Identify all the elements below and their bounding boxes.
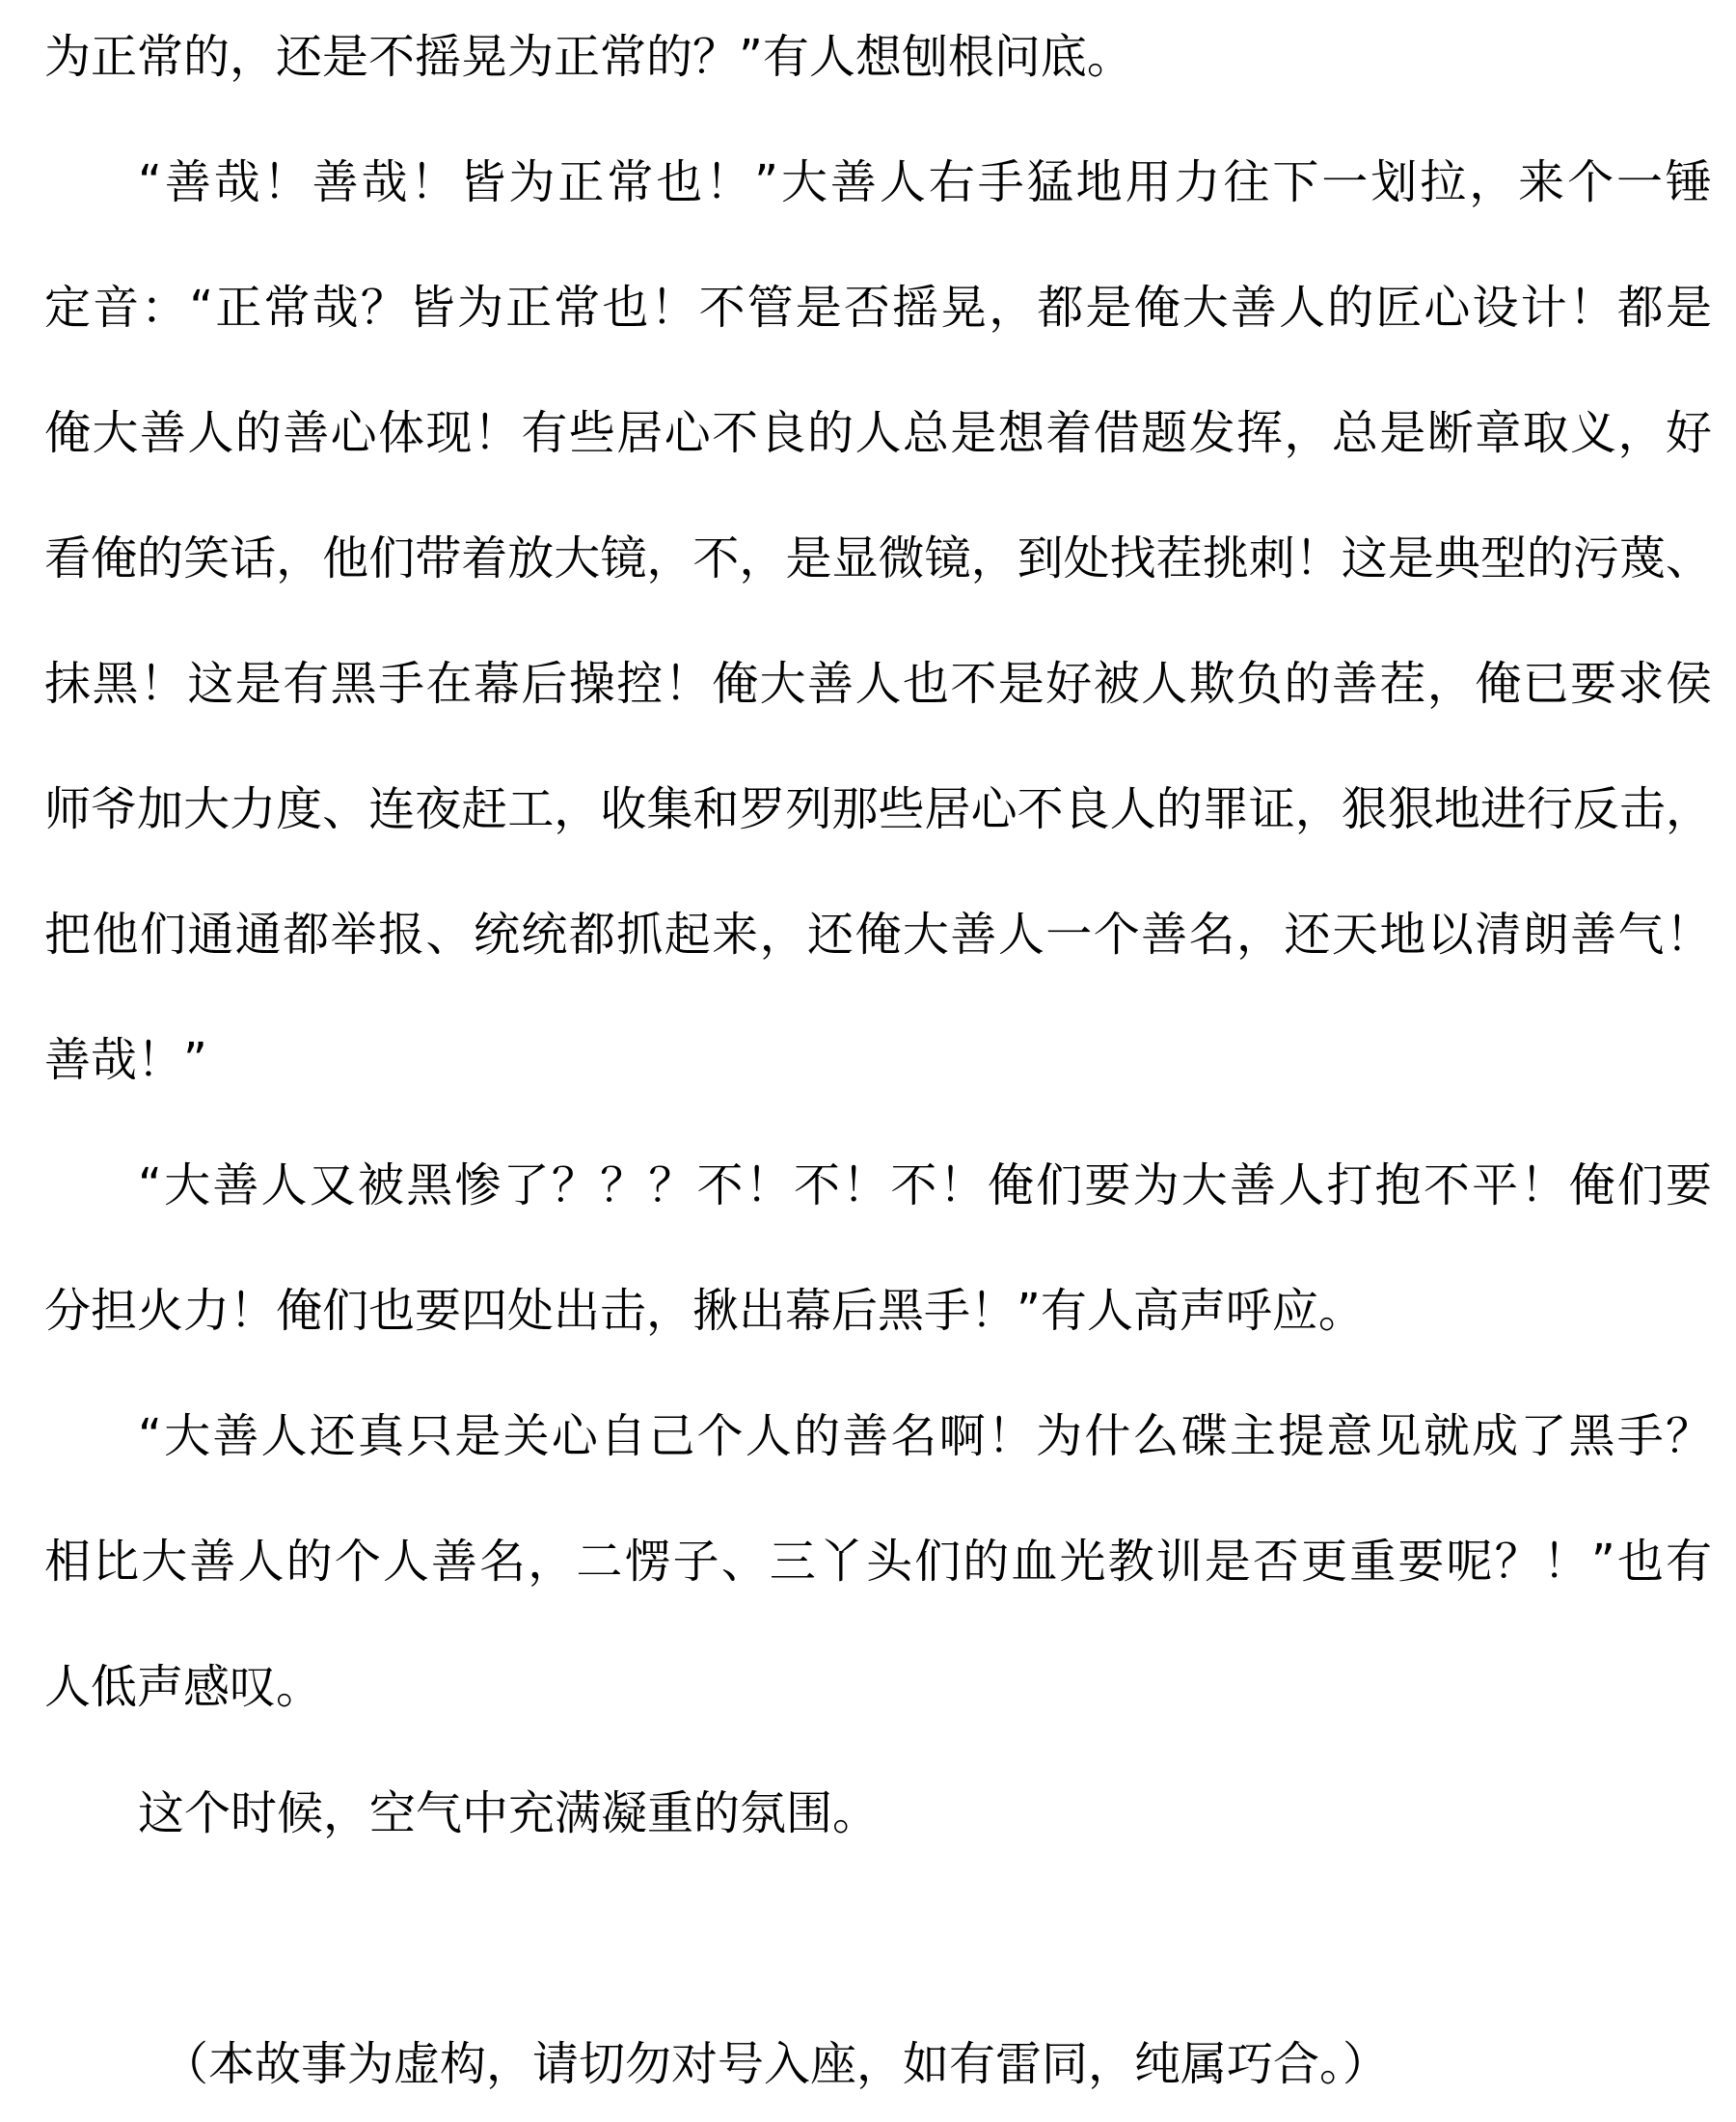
paragraph-2-line-4: 看俺的笑话，他们带着放大镜，不，是显微镜，到处找茬挑刺！这是典型的污蔑、	[44, 530, 1712, 587]
paragraph-2-line-7: 把他们通通都举报、统统都抓起来，还俺大善人一个善名，还天地以清朗善气！	[44, 906, 1712, 964]
paragraph-2-line-1: “善哉！善哉！皆为正常也！”大善人右手猛地用力往下一划拉，来个一锤	[138, 153, 1712, 211]
disclaimer-note: （本故事为虚构，请切勿对号入座，如有雷同，纯属巧合。）	[162, 2035, 1389, 2093]
paragraph-4-line-1: “大善人还真只是关心自己个人的善名啊！为什么碟主提意见就成了黑手？	[138, 1407, 1712, 1465]
paragraph-2-line-8: 善哉！”	[44, 1031, 207, 1089]
paragraph-1-line-1: 为正常的，还是不摇晃为正常的？”有人想刨根问底。	[44, 28, 1133, 86]
paragraph-5-line-1: 这个时候，空气中充满凝重的氛围。	[138, 1784, 879, 1842]
paragraph-4-line-3: 人低声感叹。	[44, 1658, 322, 1716]
paragraph-2-line-3: 俺大善人的善心体现！有些居心不良的人总是想着借题发挥，总是断章取义，好	[44, 404, 1712, 462]
paragraph-2-line-6: 师爷加大力度、连夜赶工，收集和罗列那些居心不良人的罪证，狠狠地进行反击，	[44, 780, 1712, 838]
paragraph-3-line-1: “大善人又被黑惨了？？？不！不！不！俺们要为大善人打抱不平！俺们要	[138, 1156, 1712, 1214]
paragraph-2-line-2: 定音：“正常哉？皆为正常也！不管是否摇晃，都是俺大善人的匠心设计！都是	[44, 279, 1712, 337]
paragraph-4-line-2: 相比大善人的个人善名，二愣子、三丫头们的血光教训是否更重要呢？！”也有	[44, 1533, 1712, 1591]
document-page: 为正常的，还是不摇晃为正常的？”有人想刨根问底。 “善哉！善哉！皆为正常也！”大…	[0, 0, 1736, 2122]
paragraph-3-line-2: 分担火力！俺们也要四处出击，揪出幕后黑手！”有人高声呼应。	[44, 1282, 1365, 1340]
paragraph-2-line-5: 抹黑！这是有黑手在幕后操控！俺大善人也不是好被人欺负的善茬，俺已要求侯	[44, 655, 1712, 713]
